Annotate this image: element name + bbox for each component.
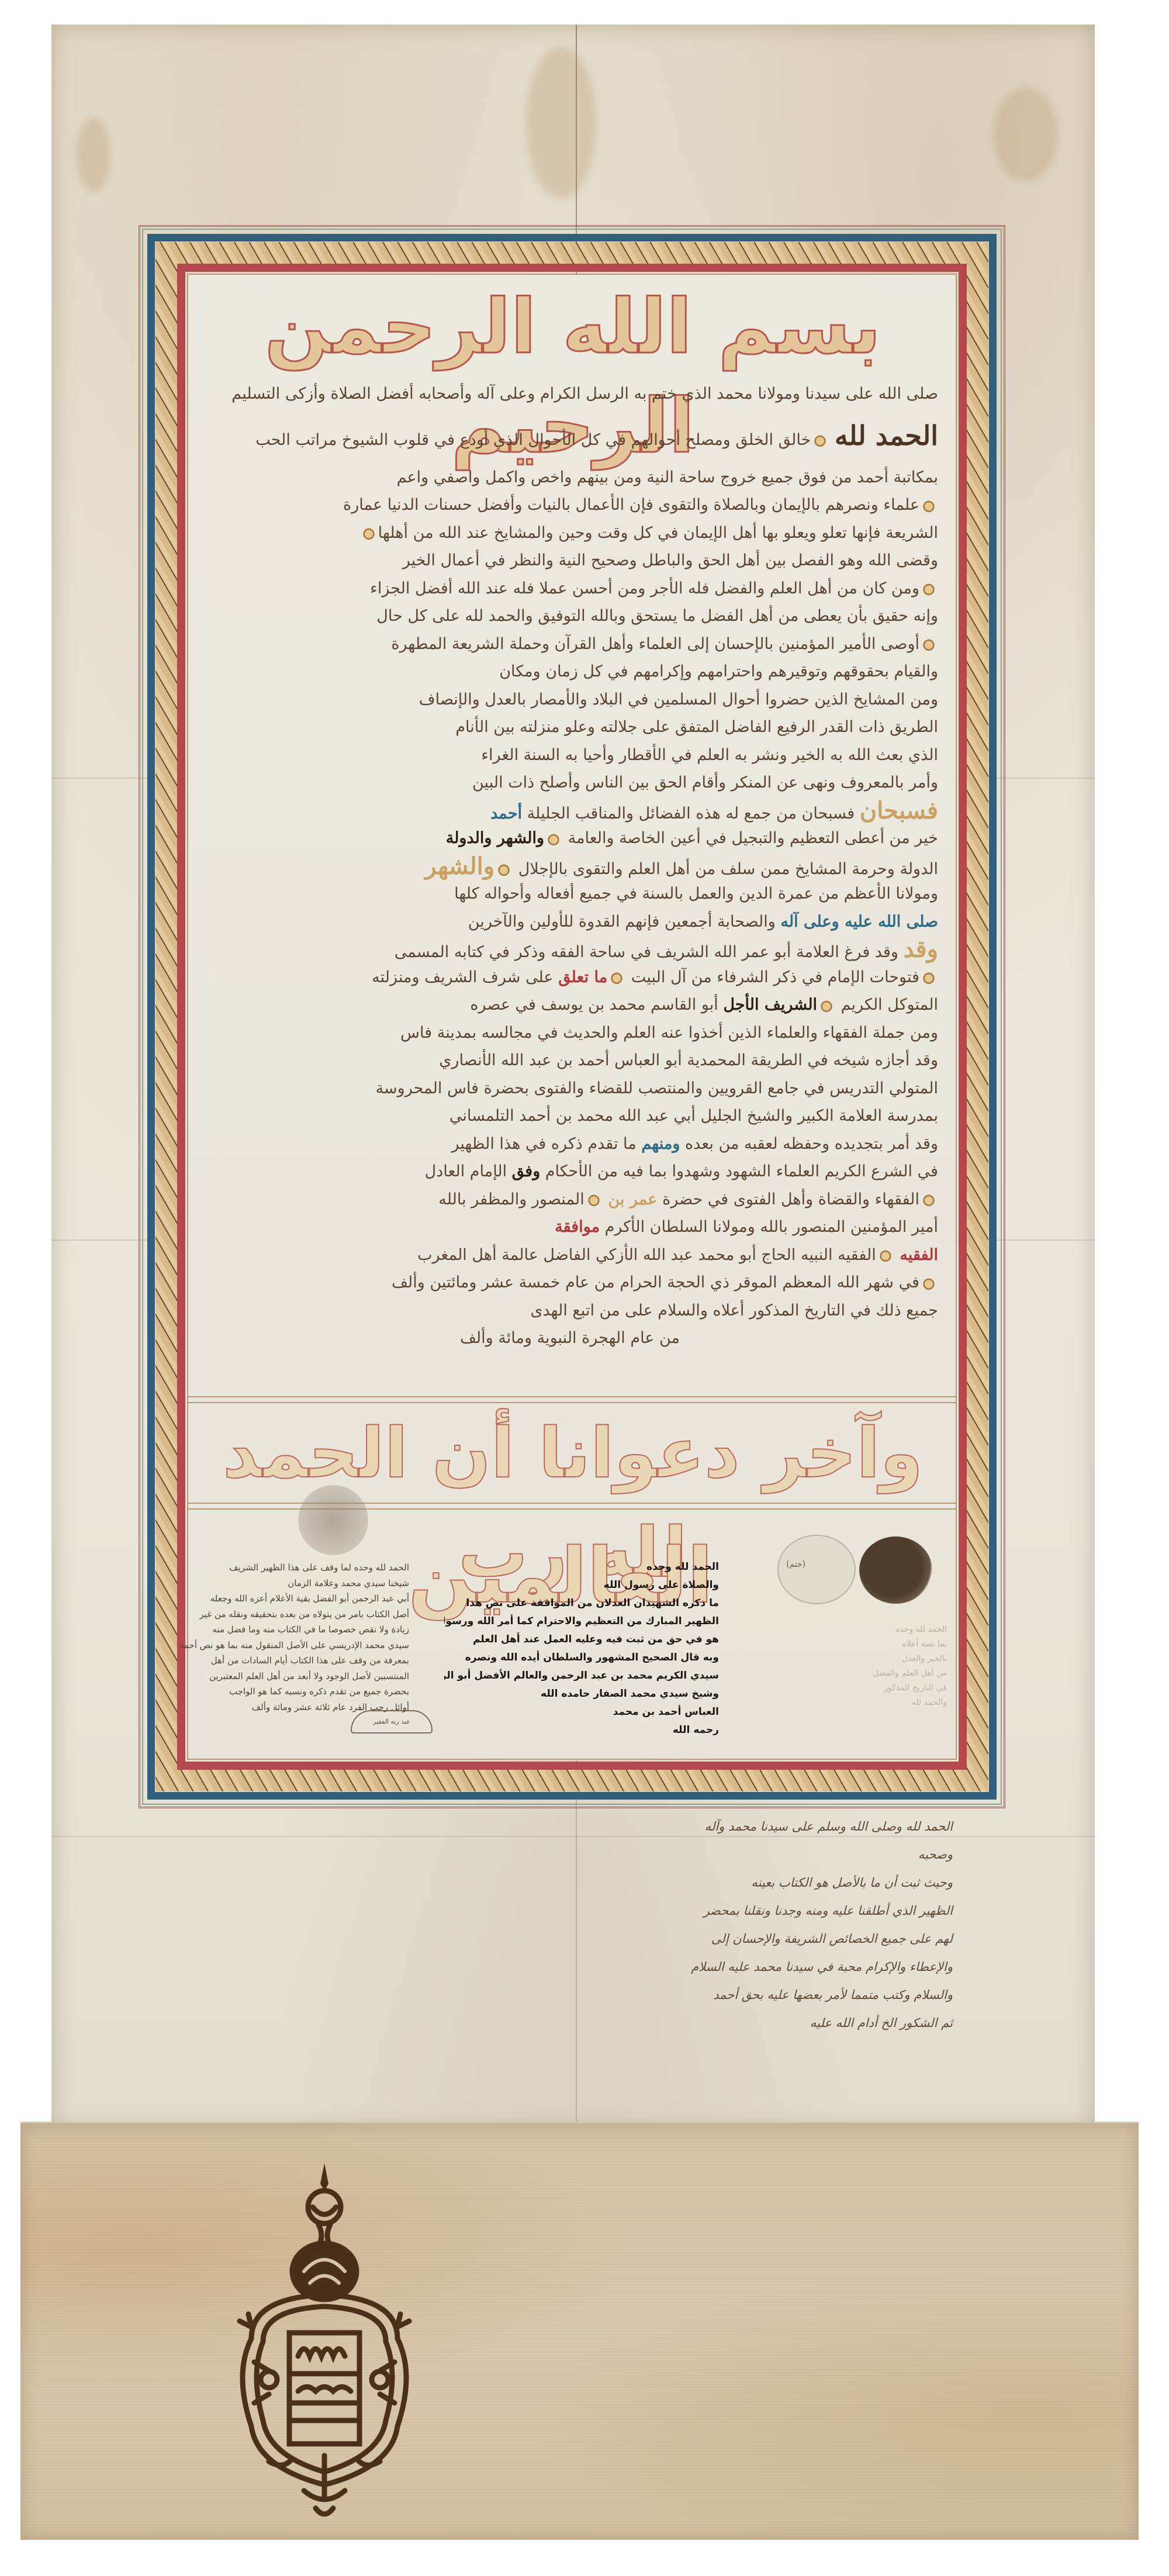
body-line: وإنه حقيق بأن يعطى من أهل الفضل ما يستحق… [202, 602, 938, 630]
body-line: أوصى الأمير المؤمنين بالإحسان إلى العلما… [202, 630, 938, 658]
body-line: وقد أجازه شيخه في الطريقة المحمدية أبو ا… [202, 1047, 938, 1075]
rosette-icon [588, 1192, 600, 1207]
body-line: من عام الهجرة النبوية ومائة وألف [202, 1324, 938, 1352]
rosette-icon [814, 433, 826, 448]
water-stain [526, 47, 596, 199]
rosette-icon [498, 862, 510, 877]
water-stain [994, 88, 1058, 181]
closing-formula-line1: وآخر دعوانا أن الحمد لله رب [193, 1403, 953, 1503]
body-line: وقد وقد فرغ العلامة أبو عمر الله الشريف … [202, 935, 938, 964]
marginal-colophon: الحمد لله وصلى الله وسلم على سيدنا محمد … [672, 1812, 953, 2037]
body-line: ومولانا الأعظم من عمرة الدين والعمل بالس… [202, 880, 938, 908]
center-attestation-note: الحمد لله وحده والصلاة على رسول الله ما … [444, 1558, 719, 1739]
hamdala-lead: الحمد لله [835, 420, 938, 451]
rosette-icon [923, 1276, 935, 1291]
body-line: في الشرع الكريم العلماء الشهود وشهدوا بم… [202, 1158, 938, 1186]
faint-seal-label: (ختم) [786, 1560, 805, 1569]
closing-divider-top [188, 1396, 956, 1403]
body-line: أمير المؤمنين المنصور بالله ومولانا السل… [202, 1213, 938, 1241]
body-line: بمكاتبة أحمد من فوق جميع خروج ساحة النية… [202, 464, 938, 492]
body-line: الذي بعث الله به الخير ونشر به العلم في … [202, 741, 938, 769]
water-stain [76, 117, 111, 193]
rosette-icon [923, 970, 935, 985]
rosette-icon [880, 1248, 891, 1263]
rosette-icon [363, 526, 375, 541]
body-line: الشريعة فإنها تعلو ويعلو بها أهل الإيمان… [202, 519, 938, 547]
body-line: صلى الله عليه وعلى آله والصحابة أجمعين ف… [202, 908, 938, 936]
folded-paper-cover [20, 2123, 1139, 2540]
basmala-heading: بسم الله الرحمن الرحيم [193, 278, 953, 377]
rosette-icon [923, 581, 935, 596]
body-line: صلى الله على سيدنا ومولانا محمد الذي ختم… [202, 380, 938, 408]
sharifian-seal-medallion-icon [228, 2163, 421, 2537]
body-line: الدولة وحرمة المشايخ ممن سلف من أهل العل… [202, 852, 938, 880]
body-line: الطريق ذات القدر الرفيع الفاضل المتفق عل… [202, 713, 938, 741]
body-line: وقد أمر بتجديده وحفظه لعقبه من بعده ومنه… [202, 1130, 938, 1158]
body-line: بمدرسة العلامة الكبير والشيخ الجليل أبي … [202, 1102, 938, 1130]
body-line: وقضى الله وهو الفصل بين أهل الحق والباطل… [202, 547, 938, 575]
body-line: وأمر بالمعروف ونهى عن المنكر وأقام الحق … [202, 769, 938, 797]
body-line: فتوحات الإمام في ذكر الشرفاء من آل البيت… [202, 964, 938, 992]
left-seal-impression [298, 1485, 368, 1555]
body-line: جميع ذلك في التاريخ المذكور أعلاه والسلا… [202, 1297, 938, 1325]
decree-body: صلى الله على سيدنا ومولانا محمد الذي ختم… [202, 380, 938, 1352]
body-line: علماء ونصرهم بالإيمان وبالصلاة والتقوى ف… [202, 491, 938, 519]
body-line: فسبحان فسبحان من جمع له هذه الفضائل والم… [202, 797, 938, 825]
left-witness-note: الحمد لله وحده لما وقف على هذا الظهير ال… [181, 1560, 409, 1715]
rosette-icon [548, 831, 559, 847]
rosette-icon [923, 498, 935, 513]
rosette-icon [611, 970, 622, 985]
body-line: خير من أعطى التعظيم والتبجيل في أعين الخ… [202, 824, 938, 852]
body-line: ومن المشايخ الذين حضروا أحوال المسلمين ف… [202, 686, 938, 714]
rosette-icon [923, 637, 935, 652]
body-line: ومن كان من أهل العلم والفضل فله الأجر وم… [202, 575, 938, 603]
faded-right-note: الحمد لله وحده بما نصه أعلاه بالخير والع… [777, 1622, 947, 1710]
body-line: والقيام بحقوقهم وتوقيرهم واحترامهم وإكرا… [202, 658, 938, 686]
dark-ink-seal [859, 1536, 932, 1604]
body-line: الفقهاء والقضاة وأهل الفتوى في حضرة عمر … [202, 1186, 938, 1214]
rosette-icon [923, 1192, 935, 1207]
notary-signature-cartouche: عبد ربه الفقير [351, 1710, 433, 1734]
body-line: في شهر الله المعظم الموقر ذي الحجة الحرا… [202, 1269, 938, 1297]
body-line: المتوكل الكريم الشريف الأجل أبو القاسم م… [202, 991, 938, 1019]
body-line: ومن جملة الفقهاء والعلماء الذين أخذوا عن… [202, 1019, 938, 1047]
body-line: المتولي التدريس في جامع القرويين والمنتص… [202, 1075, 938, 1103]
body-line: الفقيه الفقيه النبيه الحاج أبو محمد عبد … [202, 1241, 938, 1269]
rosette-icon [821, 998, 832, 1013]
faint-seal-outline [777, 1535, 856, 1604]
body-line: الحمد لله خالق الخلق ومصلح أحوالهم في كل… [202, 408, 938, 464]
